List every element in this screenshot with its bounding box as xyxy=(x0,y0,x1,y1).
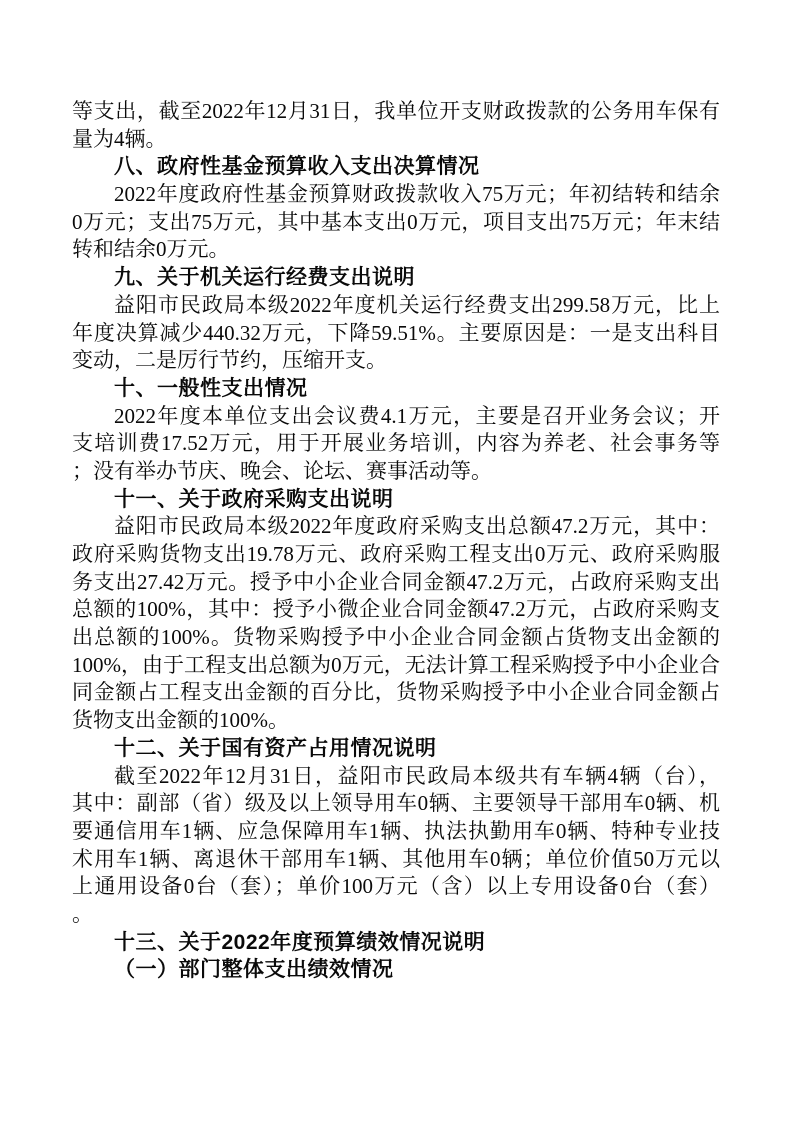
body-paragraph: 2022年度本单位支出会议费4.1万元，主要是召开业务会议；开支培训费17.52… xyxy=(72,403,720,486)
text-line: 益阳市民政局本级2022年度政府采购支出总额47.2万元，其中： xyxy=(72,513,720,541)
text-line: 0万元；支出75万元，其中基本支出0万元，项目支出75万元；年末结 xyxy=(72,209,720,237)
text-line: 出总额的100%。货物采购授予中小企业合同金额占货物支出金额的 xyxy=(72,624,720,652)
body-paragraph: 2022年度政府性基金预算财政拨款收入75万元；年初结转和结余0万元；支出75万… xyxy=(72,181,720,264)
section-heading: 八、政府性基金预算收入支出决算情况 xyxy=(72,153,720,181)
text-line: 总额的100%，其中：授予小微企业合同金额47.2万元，占政府采购支 xyxy=(72,596,720,624)
text-line: 支培训费17.52万元，用于开展业务培训，内容为养老、社会事务等 xyxy=(72,430,720,458)
section-heading: （一）部门整体支出绩效情况 xyxy=(72,956,720,984)
text-line: 益阳市民政局本级2022年度机关运行经费支出299.58万元，比上 xyxy=(72,292,720,320)
text-line: 要通信用车1辆、应急保障用车1辆、执法执勤用车0辆、特种专业技 xyxy=(72,818,720,846)
text-line: 务支出27.42万元。授予中小企业合同金额47.2万元，占政府采购支出 xyxy=(72,569,720,597)
text-line: 其中：副部（省）级及以上领导用车0辆、主要领导干部用车0辆、机 xyxy=(72,790,720,818)
body-paragraph: 益阳市民政局本级2022年度政府采购支出总额47.2万元，其中：政府采购货物支出… xyxy=(72,513,720,735)
section-heading: 十一、关于政府采购支出说明 xyxy=(72,486,720,514)
text-line: 。 xyxy=(72,901,720,929)
body-paragraph: 等支出，截至2022年12月31日，我单位开支财政拨款的公务用车保有量为4辆。 xyxy=(72,98,720,153)
text-line: 量为4辆。 xyxy=(72,126,720,154)
body-paragraph: 截至2022年12月31日，益阳市民政局本级共有车辆4辆（台），其中：副部（省）… xyxy=(72,763,720,929)
text-line: 截至2022年12月31日，益阳市民政局本级共有车辆4辆（台）， xyxy=(72,763,720,791)
section-heading: 九、关于机关运行经费支出说明 xyxy=(72,264,720,292)
text-line: 政府采购货物支出19.78万元、政府采购工程支出0万元、政府采购服 xyxy=(72,541,720,569)
section-heading: 十二、关于国有资产占用情况说明 xyxy=(72,735,720,763)
text-line: 年度决算减少440.32万元，下降59.51%。主要原因是：一是支出科目 xyxy=(72,320,720,348)
text-line: 2022年度政府性基金预算财政拨款收入75万元；年初结转和结余 xyxy=(72,181,720,209)
text-line: 变动，二是厉行节约，压缩开支。 xyxy=(72,347,720,375)
section-heading: 十三、关于2022年度预算绩效情况说明 xyxy=(72,929,720,957)
body-paragraph: 益阳市民政局本级2022年度机关运行经费支出299.58万元，比上年度决算减少4… xyxy=(72,292,720,375)
text-line: 转和结余0万元。 xyxy=(72,236,720,264)
document-content: 等支出，截至2022年12月31日，我单位开支财政拨款的公务用车保有量为4辆。八… xyxy=(72,98,720,984)
text-line: 货物支出金额的100%。 xyxy=(72,707,720,735)
text-line: 100%，由于工程支出总额为0万元，无法计算工程采购授予中小企业合 xyxy=(72,652,720,680)
text-line: 上通用设备0台（套）；单价100万元（含）以上专用设备0台（套） xyxy=(72,873,720,901)
text-line: 等支出，截至2022年12月31日，我单位开支财政拨款的公务用车保有 xyxy=(72,98,720,126)
text-line: ；没有举办节庆、晚会、论坛、赛事活动等。 xyxy=(72,458,720,486)
section-heading: 十、一般性支出情况 xyxy=(72,375,720,403)
text-line: 术用车1辆、离退休干部用车1辆、其他用车0辆；单位价值50万元以 xyxy=(72,846,720,874)
text-line: 同金额占工程支出金额的百分比，货物采购授予中小企业合同金额占 xyxy=(72,679,720,707)
document-page: 等支出，截至2022年12月31日，我单位开支财政拨款的公务用车保有量为4辆。八… xyxy=(0,0,793,1122)
text-line: 2022年度本单位支出会议费4.1万元，主要是召开业务会议；开 xyxy=(72,403,720,431)
